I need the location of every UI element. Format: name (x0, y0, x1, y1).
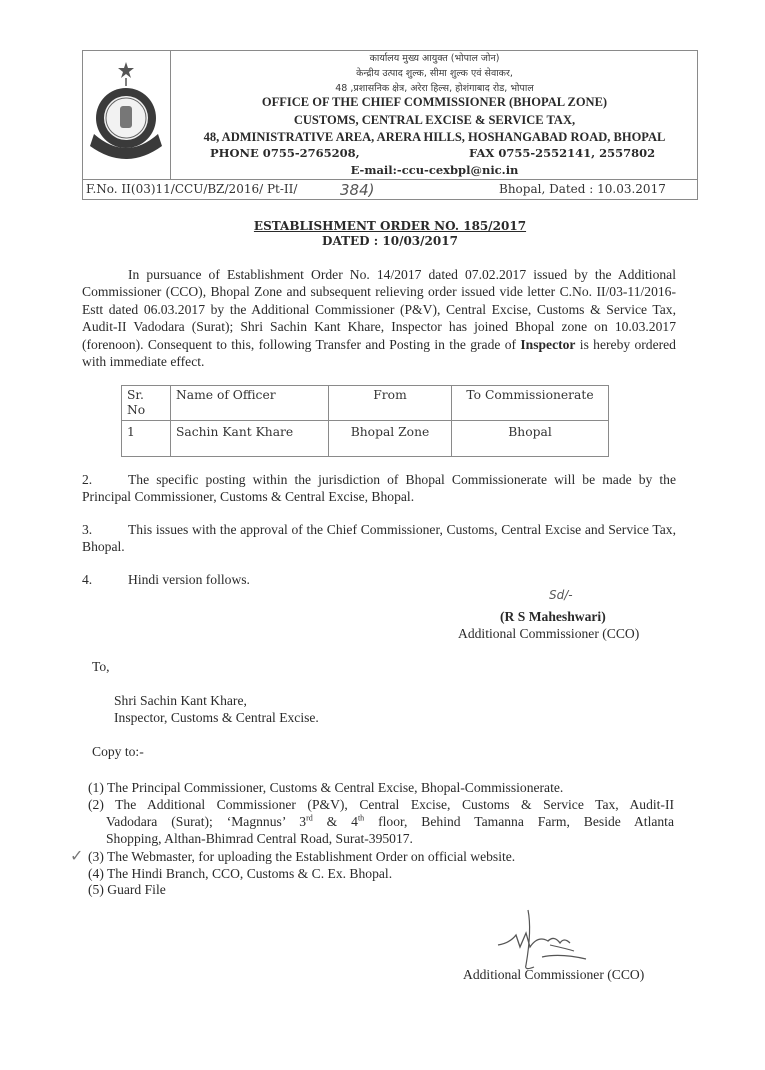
order-paragraph-2: 2.The specific posting within the jurisd… (82, 471, 676, 506)
signatory-name: (R S Maheshwari) (500, 609, 606, 625)
department-title: CUSTOMS, CENTRAL EXCISE & SERVICE TAX, (171, 113, 698, 128)
file-number: F.No. II(03)11/CCU/BZ/2016/ Pt-II/ (86, 182, 297, 196)
logo-cell (82, 50, 171, 180)
copy-item-5: (5) Guard File (88, 882, 166, 898)
fax-number: FAX 0755-2552141, 2557802 (469, 146, 655, 160)
cell-officer-name: Sachin Kant Khare (171, 421, 329, 457)
grade-emphasis: Inspector (520, 337, 575, 352)
table-header-row: Sr. No Name of Officer From To Commissio… (122, 386, 609, 421)
header-from: From (329, 386, 452, 421)
posting-table: Sr. No Name of Officer From To Commissio… (121, 385, 609, 457)
order-title: ESTABLISHMENT ORDER NO. 185/2017 (82, 219, 698, 233)
to-label: To, (92, 659, 110, 675)
signatory-designation: Additional Commissioner (CCO) (458, 626, 639, 642)
header-divider (82, 179, 698, 180)
order-date: DATED : 10/03/2017 (82, 234, 698, 248)
signatory-2-designation: Additional Commissioner (CCO) (463, 967, 644, 983)
copy-to-label: Copy to:- (92, 744, 144, 760)
hindi-address-line: 48 ,प्रशासनिक क्षेत्र, अरेरा हिल्स, होशं… (171, 81, 698, 94)
header-sr-no: Sr. No (122, 386, 171, 421)
copy-item-4: (4) The Hindi Branch, CCO, Customs & C. … (88, 866, 392, 882)
office-title: OFFICE OF THE CHIEF COMMISSIONER (BHOPAL… (171, 95, 698, 110)
copy-item-3: (3) The Webmaster, for uploading the Est… (88, 849, 515, 865)
hindi-department-line: केन्द्रीय उत्पाद शुल्क, सीमा शुल्क एवं स… (171, 66, 698, 79)
header-to-commissionerate: To Commissionerate (452, 386, 609, 421)
tick-mark-icon: ✓ (70, 846, 83, 866)
place-date: Bhopal, Dated : 10.03.2017 (499, 182, 666, 196)
order-paragraph-1: In pursuance of Establishment Order No. … (82, 266, 676, 370)
handwritten-signature-icon (490, 905, 600, 975)
order-paragraph-3: 3.This issues with the approval of the C… (82, 521, 676, 556)
hindi-office-line: कार्यालय मुख्य आयुक्त (भोपाल जोन) (171, 51, 698, 64)
header-officer-name: Name of Officer (171, 386, 329, 421)
cell-sr-no: 1 (122, 421, 171, 457)
copy-item-2-line-2: Vadodara (Surat); ‘Magnnus’ 3rd & 4th fl… (106, 814, 674, 830)
emblem-seal-icon (82, 50, 171, 180)
copy-item-2-line-3: Shopping, Althan-Bhimrad Central Road, S… (106, 831, 413, 847)
signature-mark: Sd/- (549, 588, 573, 602)
phone-number: PHONE 0755-2765208, (210, 146, 360, 160)
copy-item-2: (2) The Additional Commissioner (P&V), C… (88, 797, 674, 813)
office-address: 48, ADMINISTRATIVE AREA, ARERA HILLS, HO… (171, 130, 698, 145)
email-address: E-mail:-ccu-cexbpl@nic.in (171, 163, 698, 177)
table-row: 1 Sachin Kant Khare Bhopal Zone Bhopal (122, 421, 609, 457)
file-number-handwritten: 384) (340, 181, 374, 199)
addressee-name: Shri Sachin Kant Khare, (114, 693, 247, 709)
addressee-designation: Inspector, Customs & Central Excise. (114, 710, 319, 726)
order-paragraph-4: 4.Hindi version follows. (82, 571, 676, 588)
cell-from: Bhopal Zone (329, 421, 452, 457)
copy-item-1: (1) The Principal Commissioner, Customs … (88, 780, 563, 796)
cell-to: Bhopal (452, 421, 609, 457)
